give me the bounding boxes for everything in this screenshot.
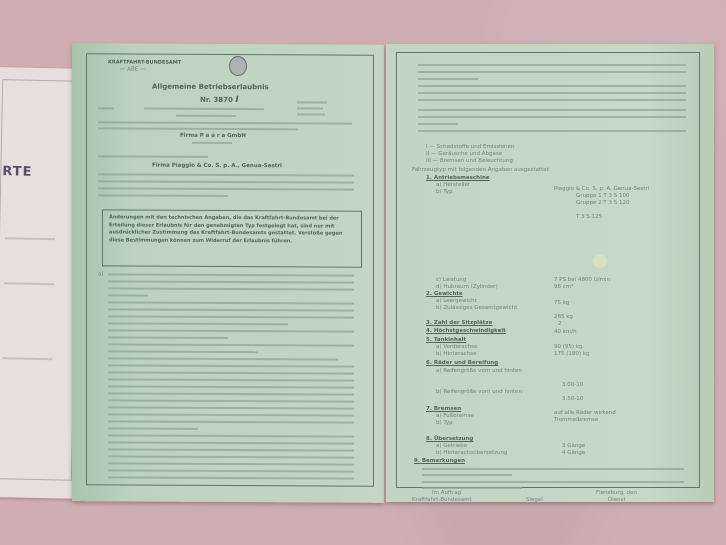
- spec-value: 265 kg: [554, 314, 573, 321]
- signature-place: Flensburg, den: [596, 490, 637, 497]
- spec-key: b) Typ: [436, 189, 453, 196]
- spec-value: 3.00-10: [562, 382, 583, 389]
- section-heading: 6. Räder und Bereifung: [426, 360, 498, 367]
- document-booklet: KRAFTFAHRT-BUNDESAMT — ABE — Allgemeine …: [72, 44, 714, 504]
- spec-value: Trommelbremse: [554, 417, 598, 424]
- text-line: [422, 487, 522, 489]
- spec-key: a) Vorderachse: [436, 344, 477, 351]
- text-line: [297, 113, 325, 115]
- text-line: [98, 107, 114, 109]
- document-title: Allgemeine Betriebserlaubnis: [152, 84, 269, 92]
- text-line: [297, 107, 323, 109]
- spec-key: a) Fußbremse: [436, 413, 474, 420]
- spec-key: b) Hinterachsübersetzung: [436, 450, 507, 457]
- text-line: [418, 123, 458, 125]
- text-line: [418, 130, 686, 132]
- spec-value: 90 (95) kg: [554, 344, 582, 351]
- document-number: Nr. 3870 I: [200, 97, 239, 104]
- spec-value: 3.50-10: [562, 396, 583, 403]
- text-line: [418, 92, 686, 94]
- text-line: [192, 142, 232, 144]
- spec-key: b) Hinterachse: [436, 351, 476, 358]
- left-page: KRAFTFAHRT-BUNDESAMT — ABE — Allgemeine …: [72, 43, 384, 503]
- spec-heading: Fahrzeugtyp mit folgenden Angaben ausges…: [412, 167, 549, 174]
- section-heading: 4. Höchstgeschwindigkeit: [426, 328, 506, 335]
- footer-right: Dienst: [608, 497, 626, 504]
- signature-role: Im Auftrag: [432, 490, 461, 497]
- section-heading: 2. Gewichte: [426, 291, 463, 298]
- text-line: [418, 78, 478, 80]
- remarks-heading: 9. Bemerkungen: [414, 458, 465, 465]
- section-heading: 8. Übersetzung: [426, 436, 473, 443]
- spec-key: a) Reifengröße vorn und hinten: [436, 368, 522, 375]
- right-page: I — Schadstoffe und Emissionen II — Gerä…: [386, 44, 714, 502]
- section-heading: 7. Bremsen: [426, 406, 461, 413]
- intro-line: III — Bremsen und Beleuchtung: [426, 158, 513, 165]
- spec-key: b) Zulässiges Gesamtgewicht: [436, 305, 517, 312]
- text-line: [422, 481, 684, 483]
- spec-value: 7 PS bei 4800 U/min: [554, 277, 610, 284]
- spec-value: Gruppe 2 T 3 S 120: [576, 200, 629, 207]
- spec-value: 75 kg: [554, 300, 569, 307]
- text-line: [176, 115, 236, 117]
- card-border: [0, 79, 80, 481]
- holder-line: Firma P a a r a GmbH: [180, 133, 246, 140]
- spec-value: 40 km/h: [554, 329, 577, 336]
- footer-mid: Siegel: [526, 497, 543, 504]
- notice-text: Änderungen mit den technischen Angaben, …: [109, 214, 353, 245]
- spec-value: T 3 S 125: [576, 214, 602, 221]
- text-line: [418, 109, 686, 111]
- text-line: [418, 85, 686, 87]
- text-line: [297, 101, 327, 103]
- manufacturer-line: Firma Piaggio & Co. S. p. A., Genua-Sest…: [152, 163, 282, 171]
- notice-box: Änderungen mit den technischen Angaben, …: [102, 209, 362, 267]
- text-line: [418, 71, 686, 73]
- spec-value: 2: [558, 321, 562, 328]
- section-marker: a): [98, 271, 104, 278]
- stamp-mark: [593, 254, 607, 268]
- spec-value: Gruppe 1 T 3 S 100: [576, 193, 629, 200]
- intro-line: I — Schadstoffe und Emissionen: [426, 144, 514, 151]
- spec-value: 175 (180) kg: [554, 351, 589, 358]
- spec-key: c) Leistung: [436, 277, 466, 284]
- text-line: [108, 294, 148, 296]
- spec-value: 3 Gänge: [562, 443, 585, 450]
- footer-left: Kraftfahrt-Bundesamt: [412, 497, 472, 504]
- text-line: [422, 468, 684, 470]
- spec-value: 98 cm³: [554, 284, 573, 291]
- federal-eagle-icon: [229, 56, 247, 76]
- spec-key: d) Hubraum (Zylinder): [436, 284, 498, 291]
- authority-sub: — ABE —: [120, 66, 146, 73]
- text-line: [418, 99, 686, 101]
- section-heading: 3. Zahl der Sitzplätze: [426, 320, 492, 327]
- section-heading: 1. Antriebsmaschine: [426, 175, 490, 182]
- spec-key: b) Typ: [436, 420, 453, 427]
- spec-key: b) Reifengröße vorn und hinten: [436, 389, 522, 396]
- section-heading: 5. Tankinhalt: [426, 337, 466, 344]
- spec-key: a) Getriebe: [436, 443, 467, 450]
- text-line: [418, 116, 686, 118]
- intro-line: II — Geräusche und Abgase: [426, 151, 502, 158]
- spec-key: a) Leergewicht: [436, 298, 477, 305]
- spec-value: Piaggio & Co. S. p. A. Genua-Sestri: [554, 186, 649, 193]
- card-text: RTE: [2, 164, 32, 180]
- spec-value: auf alle Räder wirkend: [554, 410, 616, 417]
- spec-key: a) Hersteller: [436, 182, 470, 189]
- text-line: [422, 474, 512, 476]
- text-line: [418, 64, 686, 66]
- spec-value: 4 Gänge: [562, 450, 585, 457]
